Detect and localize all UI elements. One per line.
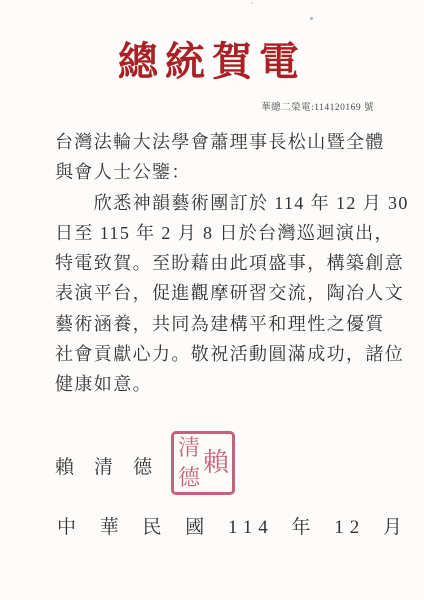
presidential-seal: 賴 清 德: [171, 431, 235, 495]
body-line: 健康如意。: [55, 369, 378, 399]
reference-number: 華總二榮電:114120169 號: [261, 99, 374, 113]
seal-character: 德: [178, 467, 200, 489]
seal-character: 賴: [203, 436, 229, 490]
body-line: 藝術涵養，共同為建構平和理性之優質: [55, 309, 378, 339]
telegram-body: 台灣法輪大法學會蕭理事長松山暨全體 與會人士公鑒： 欣悉神韻藝術團訂於 114 …: [55, 127, 378, 400]
body-line: 與會人士公鑒：: [55, 157, 378, 187]
document-date: 中 華 民 國 114 年 12 月 26 日: [57, 512, 424, 539]
scan-speck: [310, 17, 313, 20]
telegram-document: 總統賀電 華總二榮電:114120169 號 台灣法輪大法學會蕭理事長松山暨全體…: [0, 0, 424, 600]
body-line: 欣悉神韻藝術團訂於 114 年 12 月 30: [55, 188, 378, 218]
seal-column: 清 德: [177, 436, 201, 490]
body-line: 社會貢獻心力。敬祝活動圓滿成功，諸位: [55, 339, 378, 369]
president-signature: 賴清德: [55, 452, 172, 479]
body-line: 台灣法輪大法學會蕭理事長松山暨全體: [55, 127, 378, 157]
seal-character: 清: [178, 437, 200, 459]
body-line: 表演平台，促進觀摩研習交流，陶冶人文: [55, 278, 378, 308]
document-title: 總統賀電: [0, 30, 424, 87]
body-line: 特電致賀。至盼藉由此項盛事，構築創意: [55, 248, 378, 278]
scan-speck: [251, 2, 253, 4]
body-line: 日至 115 年 2 月 8 日於台灣巡迴演出，: [55, 218, 378, 248]
